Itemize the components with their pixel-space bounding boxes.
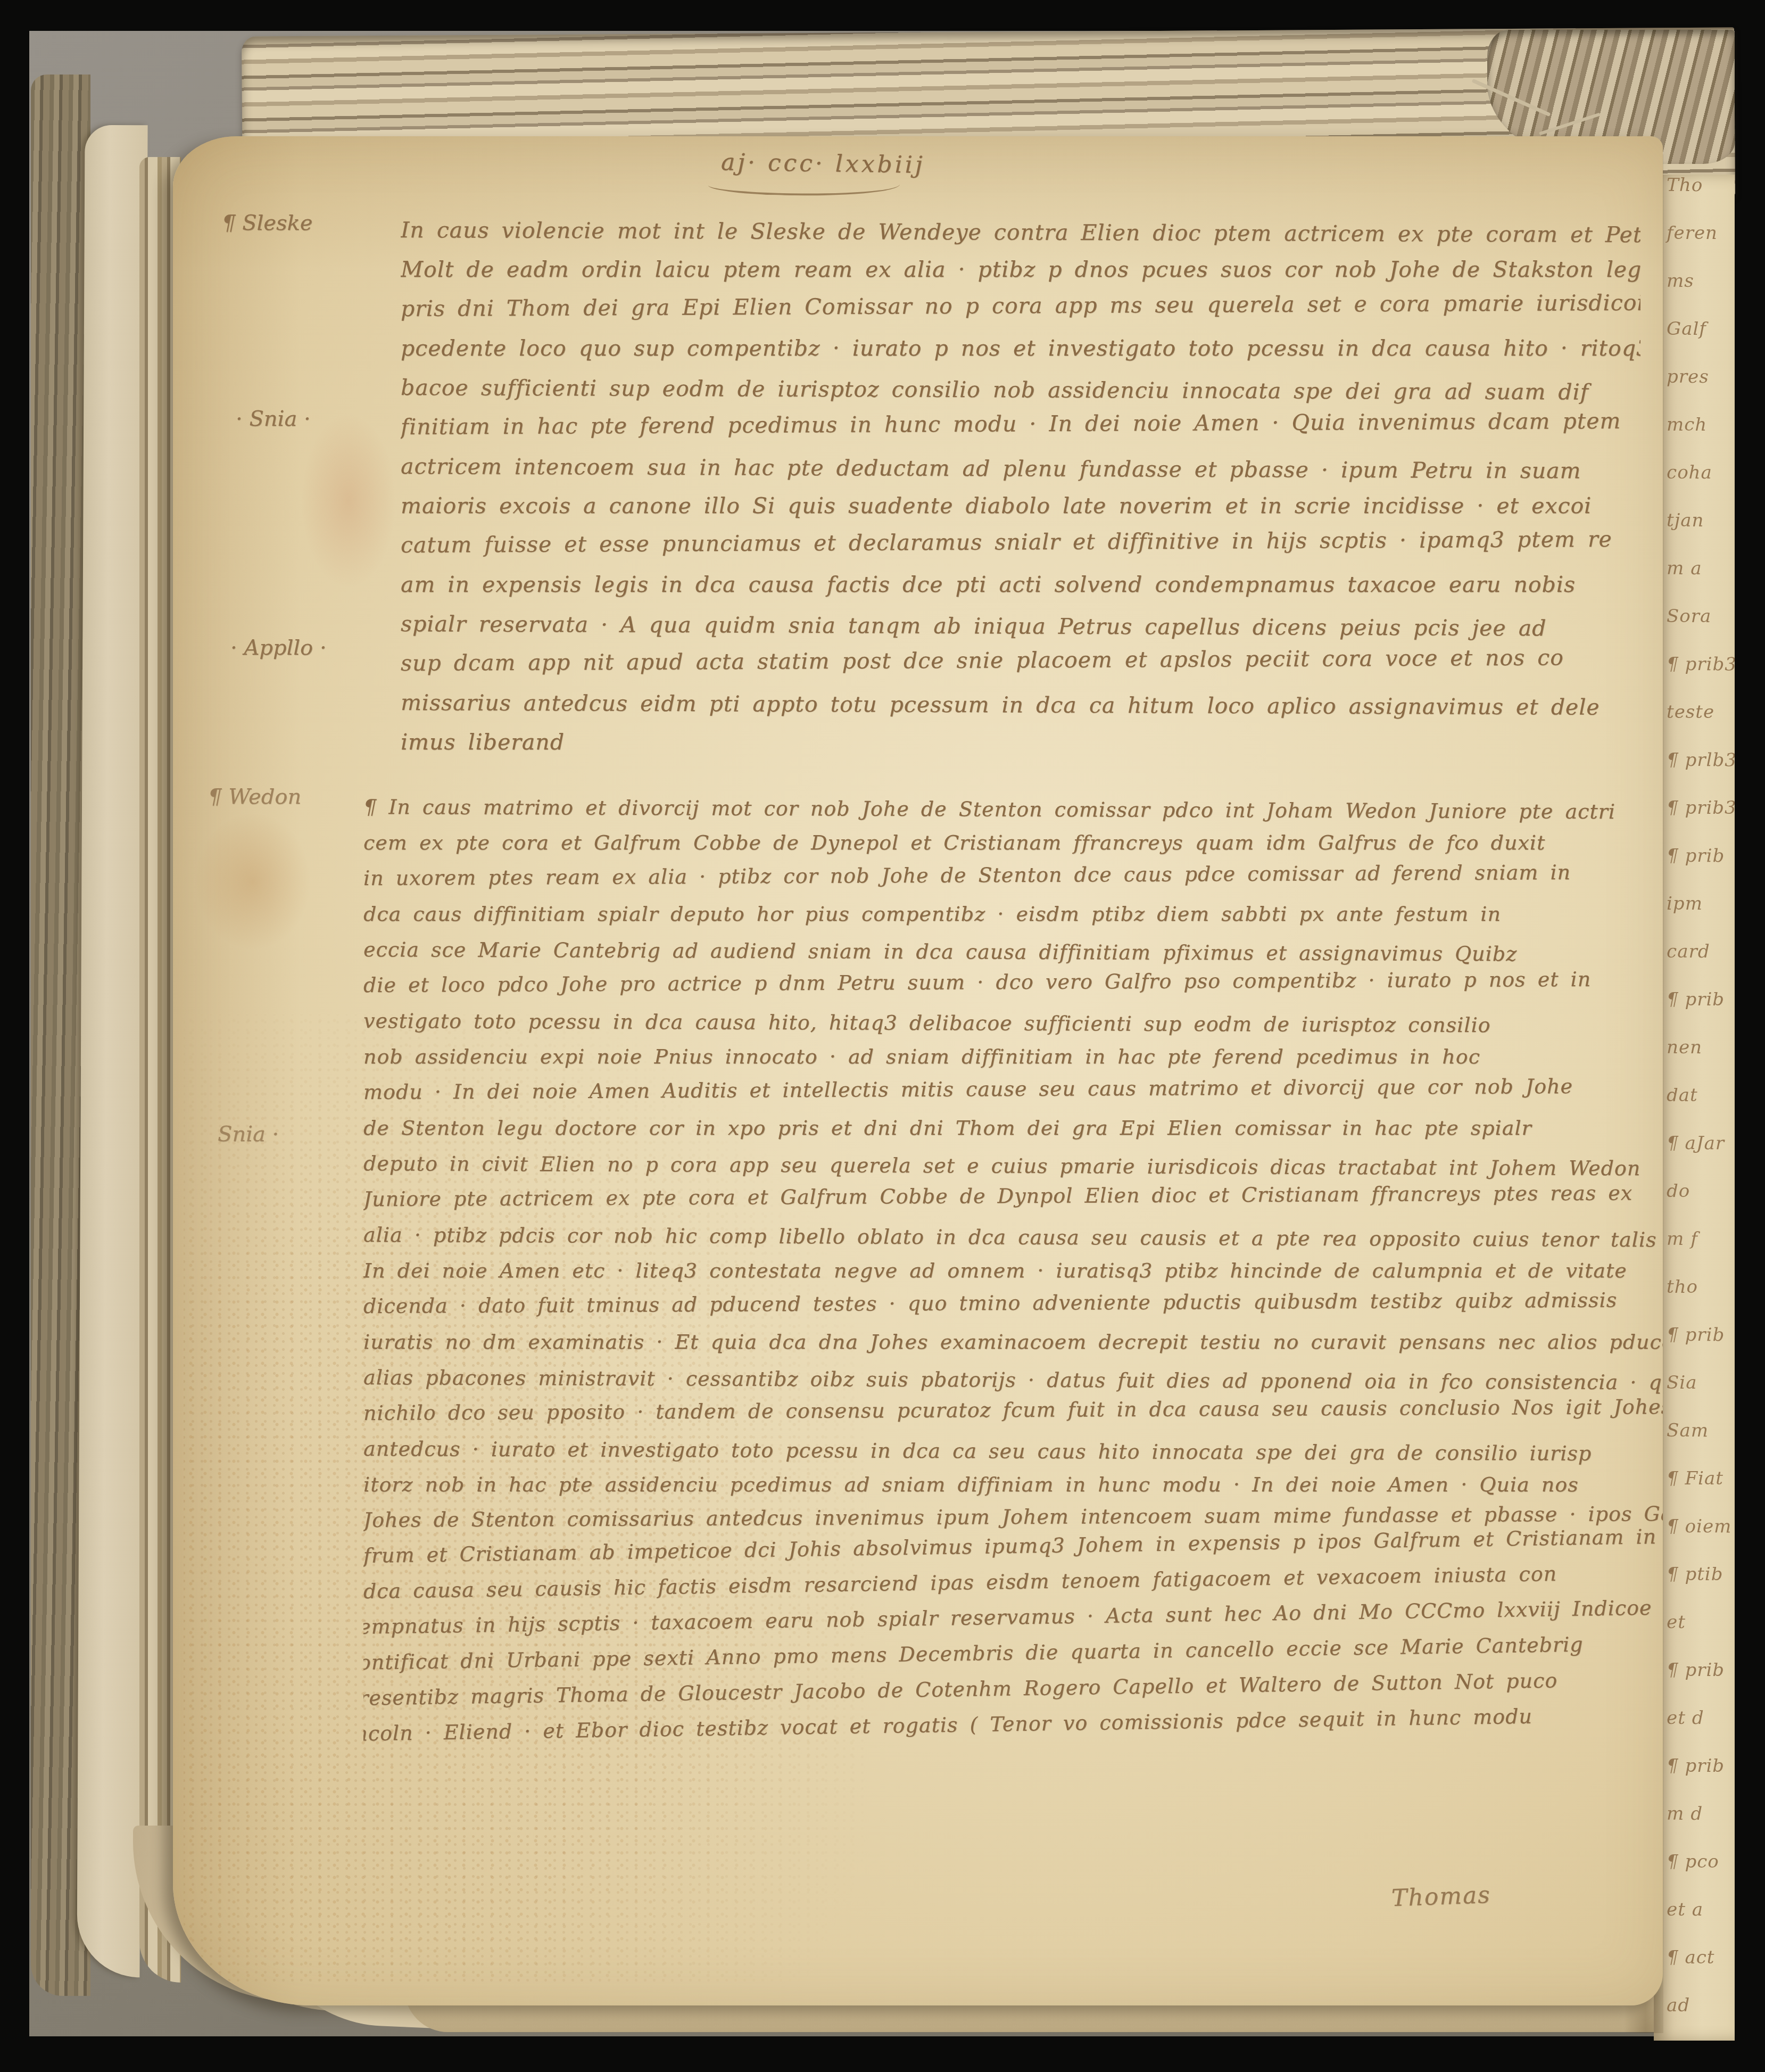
facing-page-text-fragment: ¶ act bbox=[1654, 1947, 1735, 1995]
manuscript-text-line: die et loco pdco Johe pro actrice p dnm … bbox=[363, 967, 1663, 1009]
facing-page-text-fragment: ¶ aJar bbox=[1654, 1132, 1735, 1181]
manuscript-text-line: am in expensis legis in dca causa factis… bbox=[401, 572, 1640, 611]
facing-page-text-fragment: do bbox=[1654, 1181, 1735, 1228]
margin-note-sententia-2: Snia · bbox=[218, 1122, 279, 1146]
manuscript-text-line: pris dni Thom dei gra Epi Elien Comissar… bbox=[401, 290, 1640, 335]
manuscript-text-line: actricem intencoem sua in hac pte deduct… bbox=[401, 453, 1640, 498]
facing-page-text-fragment: tho bbox=[1654, 1276, 1735, 1324]
facing-page-text-fragment: ¶ Fiat bbox=[1654, 1468, 1735, 1516]
manuscript-text-line: finitiam in hac pte ferend pcedimus in h… bbox=[401, 408, 1640, 453]
facing-page-text-fragment: ¶ oiem bbox=[1654, 1515, 1735, 1564]
facing-page-text-fragment: ¶ prib bbox=[1654, 1755, 1735, 1803]
manuscript-text-line: vestigato toto pcessu in dca causa hito,… bbox=[363, 1009, 1663, 1050]
facing-page-text-fragment: card bbox=[1654, 940, 1735, 989]
facing-page-text-fragment: ¶ prib3 bbox=[1654, 653, 1735, 701]
manuscript-text-line: iuratis no dm examinatis · Et quia dca d… bbox=[363, 1330, 1663, 1366]
manuscript-text-line: alia · ptibz pdcis cor nob hic comp libe… bbox=[363, 1223, 1663, 1264]
manuscript-photograph: ThoferenmsGalfpresmchcohatjanm aSora¶ pr… bbox=[0, 0, 1765, 2072]
facing-page-text-fragment: dat bbox=[1654, 1085, 1735, 1133]
manuscript-text-line: nichilo dco seu pposito · tandem de cons… bbox=[363, 1395, 1663, 1437]
facing-page-text-fragment: et bbox=[1654, 1611, 1735, 1660]
manuscript-text-line: imus liberand bbox=[401, 729, 1640, 769]
facing-page-fragments: ThoferenmsGalfpresmchcohatjanm aSora¶ pr… bbox=[1654, 175, 1735, 2041]
facing-page-text-fragment: ms bbox=[1654, 270, 1735, 318]
facing-page-text-fragment: ¶ prib bbox=[1654, 989, 1735, 1037]
manuscript-text-line: maioris excois a canone illo Si quis sua… bbox=[401, 493, 1640, 532]
folio-heading: aj· ccc· lxxbiij bbox=[721, 148, 925, 178]
facing-page-text-fragment: coha bbox=[1654, 461, 1735, 510]
facing-page-text-fragment: m d bbox=[1654, 1803, 1735, 1851]
manuscript-text-line: catum fuisse et esse pnunciamus et decla… bbox=[401, 526, 1640, 572]
facing-page-text-fragment: tjan bbox=[1654, 510, 1735, 558]
facing-page-text-fragment: Sora bbox=[1654, 606, 1735, 654]
facing-page-text-fragment: ¶ pco bbox=[1654, 1851, 1735, 1899]
facing-page-text-fragment: feren bbox=[1654, 222, 1735, 270]
court-entry-2: ¶ In caus matrimo et divorcij mot cor no… bbox=[363, 795, 1663, 1758]
manuscript-text-line: ¶ In caus matrimo et divorcij mot cor no… bbox=[363, 795, 1663, 836]
facing-page-text-fragment: Sam bbox=[1654, 1419, 1735, 1468]
manuscript-text-line: de Stenton legu doctore cor in xpo pris … bbox=[363, 1116, 1663, 1152]
facing-page-text-fragment: m a bbox=[1654, 557, 1735, 606]
facing-page-text-fragment: ¶ prib bbox=[1654, 1324, 1735, 1372]
facing-page-text-fragment: mch bbox=[1654, 414, 1735, 462]
facing-page-text-fragment: et a bbox=[1654, 1898, 1735, 1947]
manuscript-text-line: pcedente loco quo sup compentibz · iurat… bbox=[401, 335, 1640, 375]
facing-page-text-fragment: m f bbox=[1654, 1228, 1735, 1276]
manuscript-text-line: In caus violencie mot int le Sleske de W… bbox=[401, 217, 1640, 261]
underleaf-edge bbox=[77, 125, 147, 1977]
manuscript-text-line: antedcus · iurato et investigato toto pc… bbox=[363, 1437, 1663, 1477]
facing-page-text-fragment: ad bbox=[1654, 1994, 1735, 2041]
facing-page-text-fragment: Tho bbox=[1654, 175, 1735, 223]
margin-note-sententia: · Snia · bbox=[236, 407, 311, 431]
facing-page-text-fragment: nen bbox=[1654, 1036, 1735, 1085]
manuscript-text-line: in uxorem ptes ream ex alia · ptibz cor … bbox=[363, 860, 1663, 902]
manuscript-text-line: dicenda · dato fuit tminus ad pducend te… bbox=[363, 1288, 1663, 1330]
margin-note-case-name: ¶ Sleske bbox=[222, 211, 312, 235]
rust-stain bbox=[194, 812, 311, 951]
facing-page-text-fragment: Sia bbox=[1654, 1372, 1735, 1420]
margin-note-appellatio: · Appllo · bbox=[230, 635, 327, 660]
manuscript-text-line: missarius antedcus eidm pti appto totu p… bbox=[401, 690, 1640, 734]
facing-page-text-fragment: Galf bbox=[1654, 318, 1735, 366]
court-entry-1: In caus violencie mot int le Sleske de W… bbox=[401, 217, 1640, 769]
facing-page-text-fragment: ¶ prib bbox=[1654, 1660, 1735, 1707]
facing-page-text-fragment: pres bbox=[1654, 366, 1735, 414]
manuscript-text-line: modu · In dei noie Amen Auditis et intel… bbox=[363, 1074, 1663, 1116]
margin-note-wedon: ¶ Wedon bbox=[208, 785, 301, 809]
manuscript-text-line: Juniore pte actricem ex pte cora et Galf… bbox=[363, 1181, 1663, 1223]
facing-page-text-fragment: ¶ prib3 bbox=[1654, 797, 1735, 845]
manuscript-text-line: dca caus diffinitiam spialr deputo hor p… bbox=[363, 902, 1663, 938]
facing-page-text-fragment: et d bbox=[1654, 1707, 1735, 1755]
facing-page-text-fragment: ¶ ptib bbox=[1654, 1564, 1735, 1612]
scribe-signature: Thomas bbox=[1391, 1881, 1491, 1912]
manuscript-text-line: sup dcam app nit apud acta statim post d… bbox=[401, 645, 1640, 690]
manuscript-text-line: Molt de eadm ordin laicu ptem ream ex al… bbox=[401, 257, 1640, 296]
facing-page-text-fragment: ¶ prib bbox=[1654, 845, 1735, 893]
facing-page-text-fragment: ipm bbox=[1654, 893, 1735, 941]
facing-page-sliver: ThoferenmsGalfpresmchcohatjanm aSora¶ pr… bbox=[1654, 175, 1735, 2041]
facing-page-text-fragment: teste bbox=[1654, 701, 1735, 749]
red-stain bbox=[301, 413, 396, 589]
facing-page-text-fragment: ¶ prlb3 bbox=[1654, 749, 1735, 797]
manuscript-page: aj· ccc· lxxbiij ¶ Sleske · Snia · · App… bbox=[173, 136, 1663, 2005]
